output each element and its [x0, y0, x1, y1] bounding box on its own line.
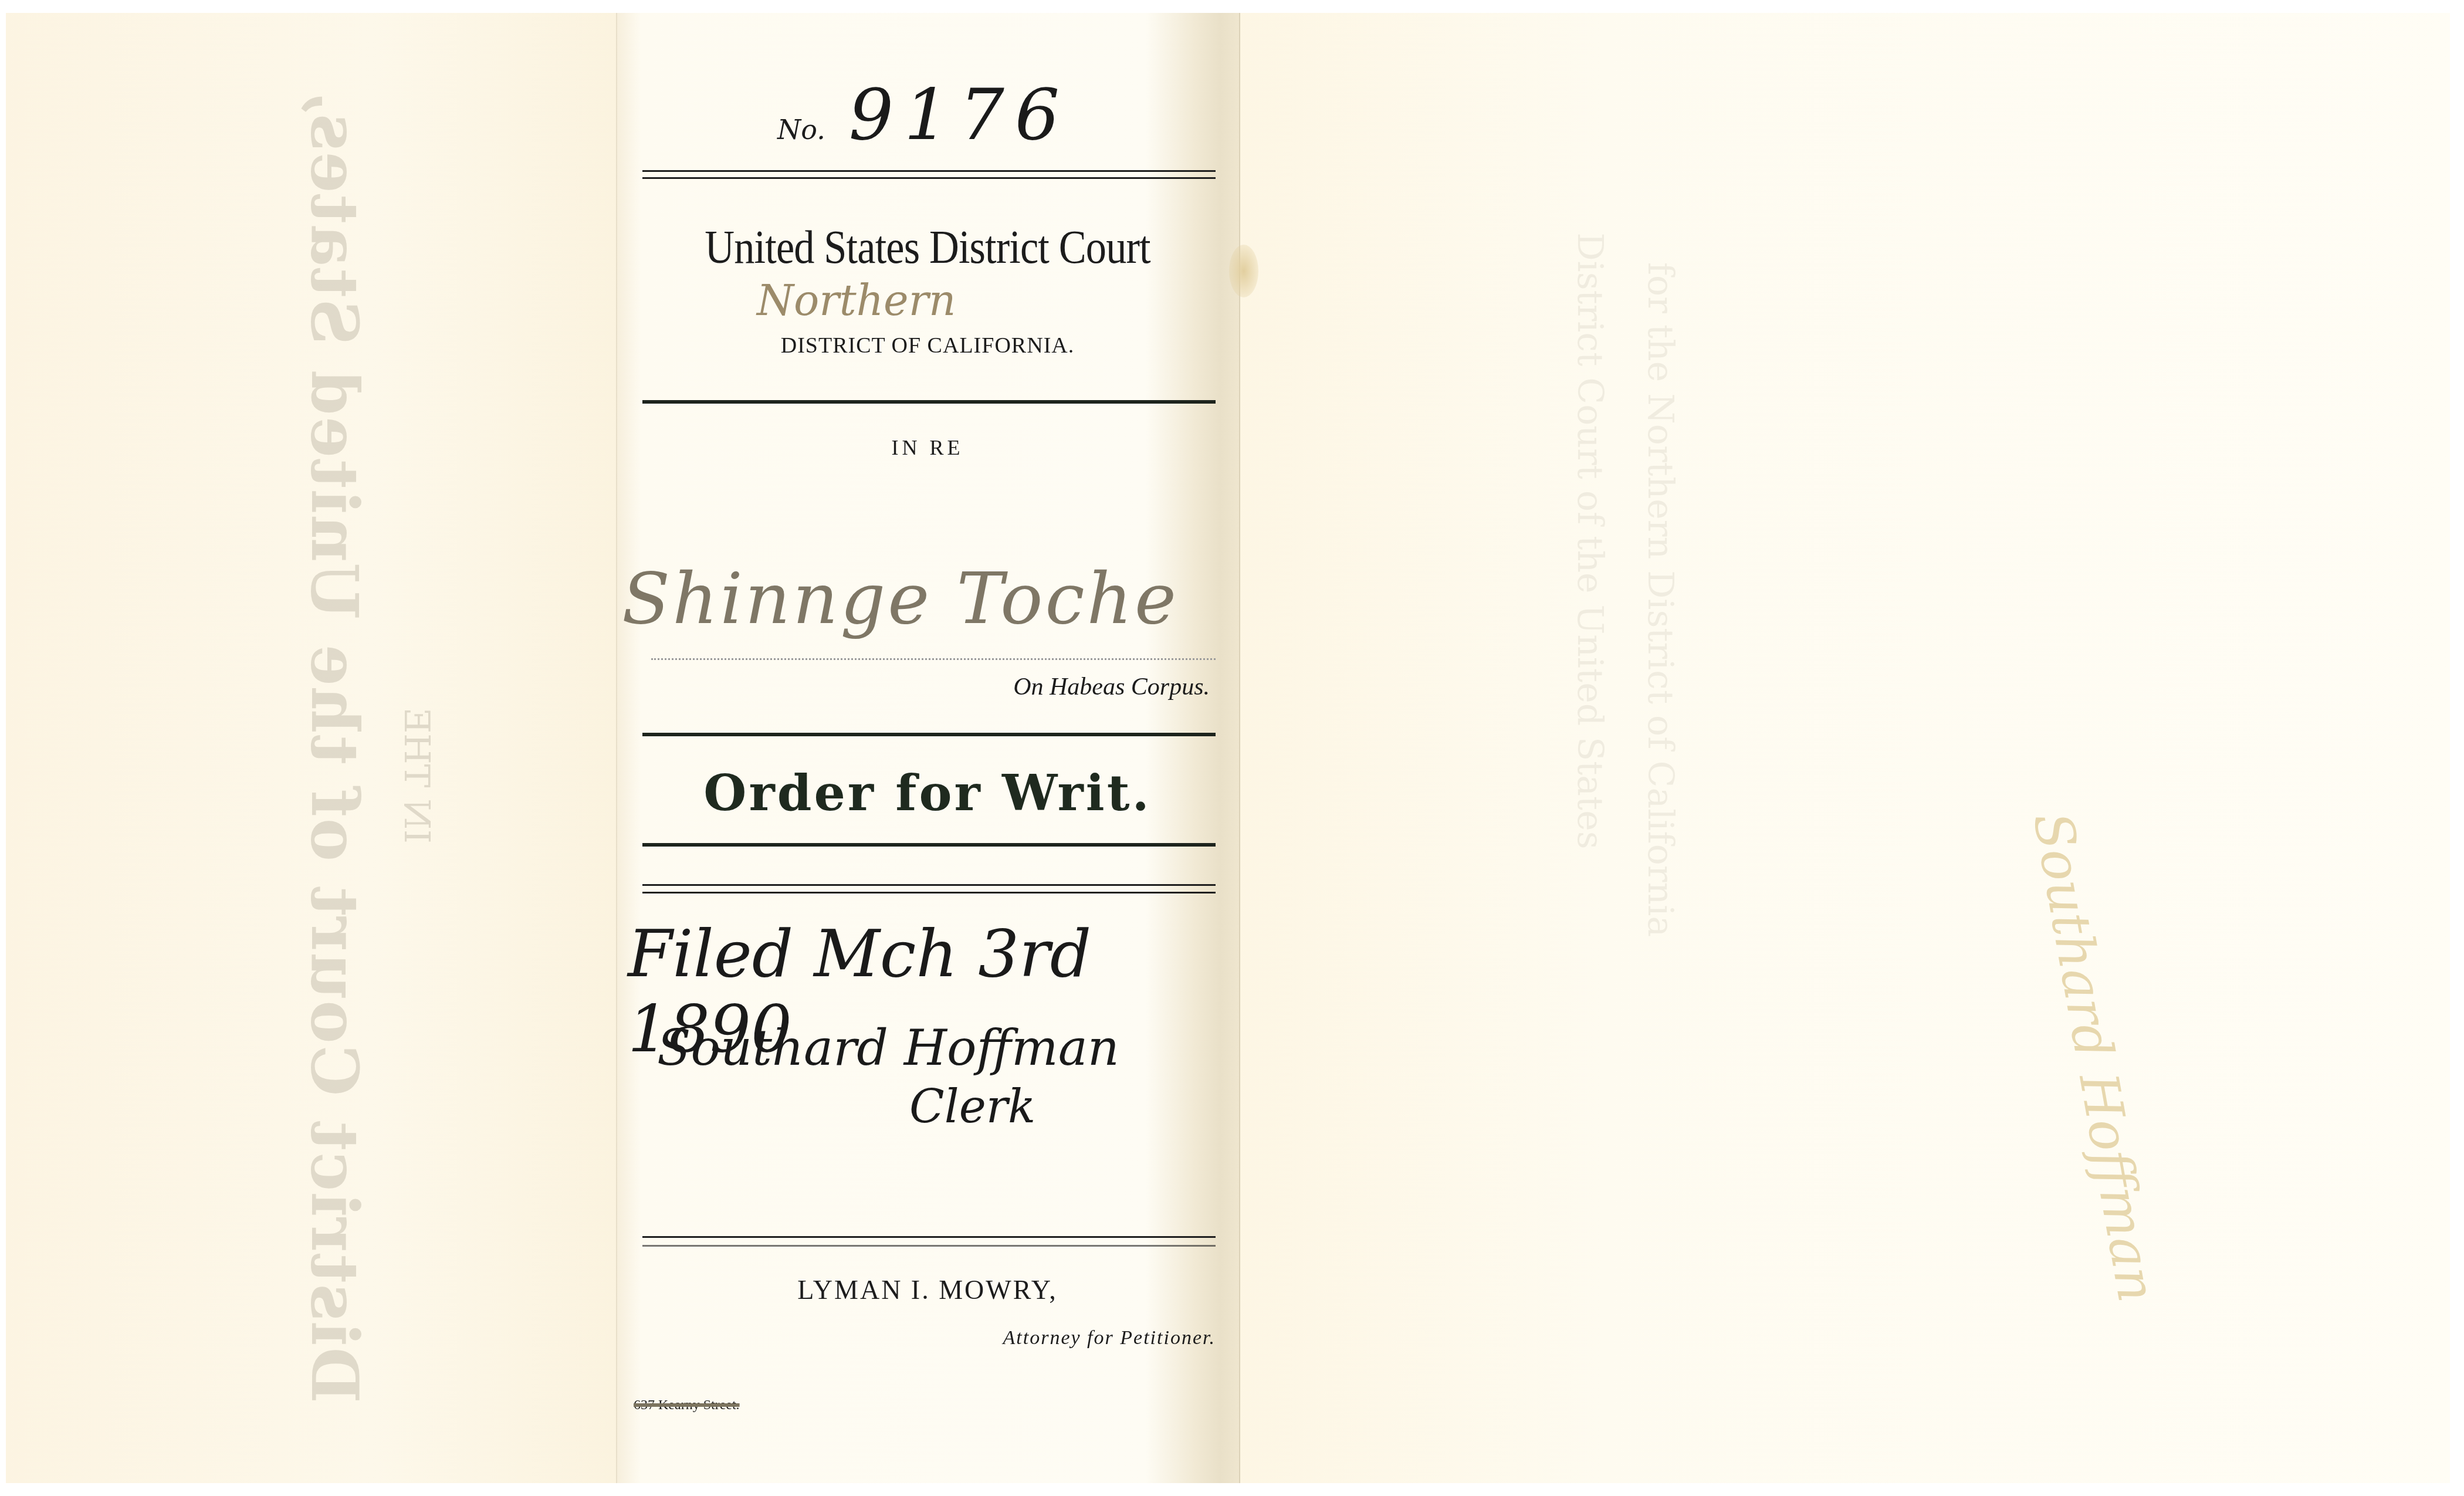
case-number-row: No. 9176: [777, 75, 1070, 156]
divider: [642, 400, 1216, 404]
bleed-through-right-2: for the Northern District of California: [1640, 262, 1681, 937]
court-name: United States District Court: [654, 221, 1202, 275]
clerk-title: Clerk: [909, 1081, 1035, 1133]
attorney-address-struck: 637 Kearny Street.: [634, 1397, 740, 1413]
divider: [642, 843, 1216, 847]
fold-crease-right: [1239, 13, 1240, 1483]
attorney-name: LYMAN I. MOWRY,: [616, 1274, 1239, 1305]
attorney-role: Attorney for Petitioner.: [1003, 1327, 1216, 1349]
divider: [642, 170, 1216, 172]
document-title: Order for Writ.: [616, 764, 1239, 822]
petitioner-dotted-line: [651, 658, 1216, 660]
bleed-through-right-1: District Court of the United States: [1569, 232, 1610, 849]
in-re-label: IN RE: [616, 435, 1239, 460]
case-number: 9176: [849, 75, 1070, 156]
front-cover: No. 9176 United States District Court No…: [616, 13, 1239, 1483]
proceeding-type: On Habeas Corpus.: [1013, 673, 1210, 701]
petitioner-name-handwritten: Shinnge Toche: [622, 559, 1179, 640]
divider: [642, 892, 1216, 893]
clerk-signature: Southard Hoffman: [657, 1019, 1119, 1077]
document-sheet: District Court of the United States, IN …: [6, 13, 2450, 1483]
divider: [642, 1245, 1216, 1247]
district-printed: DISTRICT OF CALIFORNIA.: [616, 333, 1239, 358]
bleed-through-in-the: IN THE: [396, 708, 437, 843]
right-panel: [1239, 13, 2450, 1483]
divider: [642, 177, 1216, 179]
bleed-through-court-heading: District Court of the United States,: [297, 89, 373, 1403]
district-handwritten: Northern: [757, 276, 956, 325]
divider: [642, 1236, 1216, 1238]
case-number-label: No.: [777, 114, 825, 145]
divider: [642, 884, 1216, 886]
divider: [642, 733, 1216, 736]
